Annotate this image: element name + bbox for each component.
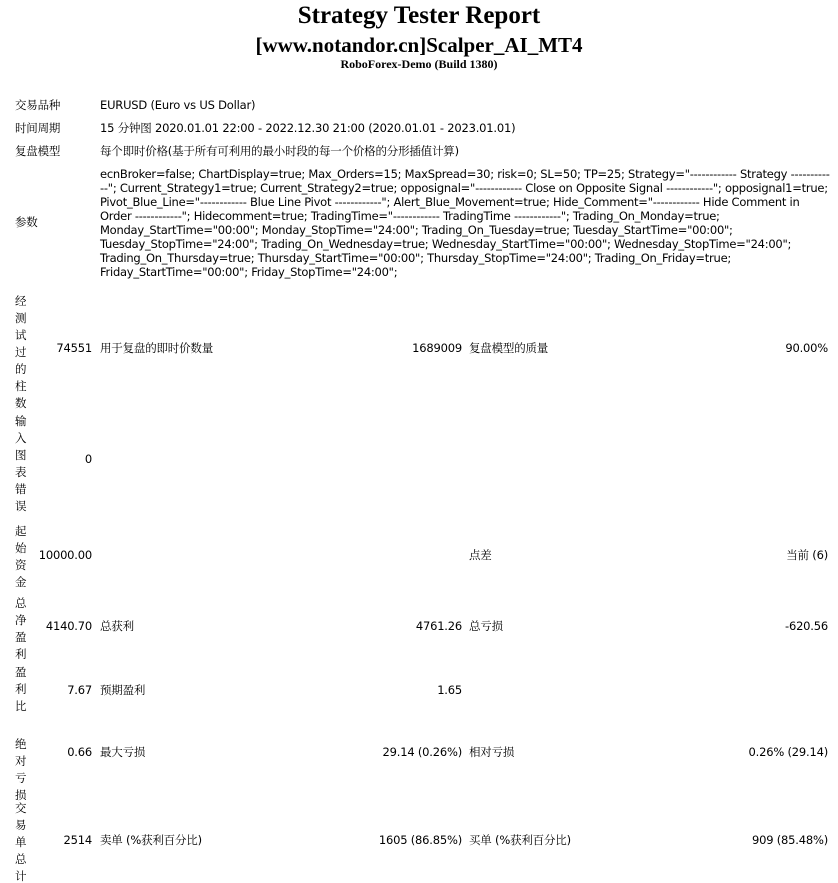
report-title: Strategy Tester Report bbox=[0, 2, 838, 30]
stat-label: 输入图表错误 bbox=[15, 413, 29, 515]
params-label: 参数 bbox=[15, 215, 38, 229]
stat-value: 10000.00 bbox=[39, 548, 92, 562]
stat-label-3: 复盘模型的质量 bbox=[469, 341, 548, 355]
stat-value: 7.67 bbox=[67, 683, 92, 697]
stat-label-2: 最大亏损 bbox=[100, 745, 145, 759]
stat-value: 2514 bbox=[64, 833, 92, 847]
stat-label: 交易单总计 bbox=[15, 800, 29, 883]
stat-label-2: 卖单 (%获利百分比) bbox=[100, 833, 202, 847]
stat-label-3: 买单 (%获利百分比) bbox=[469, 833, 571, 847]
symbol-value: EURUSD (Euro vs US Dollar) bbox=[100, 98, 255, 112]
stat-value: 4140.70 bbox=[46, 619, 92, 633]
stat-label: 起始资金 bbox=[15, 523, 29, 591]
stat-value-2: 1605 (86.85%) bbox=[379, 833, 462, 847]
stat-value: 74551 bbox=[56, 341, 92, 355]
stat-label-3: 相对亏损 bbox=[469, 745, 514, 759]
stat-label-2: 总获利 bbox=[100, 619, 134, 633]
stat-label-2: 预期盈利 bbox=[100, 683, 145, 697]
server-build: RoboForex-Demo (Build 1380) bbox=[0, 57, 838, 71]
stat-value-3: 0.26% (29.14) bbox=[749, 745, 828, 759]
model-value: 每个即时价格(基于所有可利用的最小时段的每一个价格的分形插值计算) bbox=[100, 144, 459, 158]
params-value: ecnBroker=false; ChartDisplay=true; Max_… bbox=[100, 167, 830, 279]
period-label: 时间周期 bbox=[15, 121, 60, 135]
stat-value: 0 bbox=[85, 452, 92, 466]
stat-label-3: 总亏损 bbox=[469, 619, 503, 633]
stat-value-2: 29.14 (0.26%) bbox=[383, 745, 462, 759]
stat-label: 绝对亏损 bbox=[15, 736, 29, 804]
stat-label: 总净盈利 bbox=[15, 595, 29, 663]
symbol-label: 交易品种 bbox=[15, 98, 60, 112]
stat-value-2: 1689009 bbox=[412, 341, 462, 355]
stat-value-2: 1.65 bbox=[437, 683, 462, 697]
expert-name: [www.notandor.cn]Scalper_AI_MT4 bbox=[0, 33, 838, 57]
stat-value-3: 909 (85.48%) bbox=[752, 833, 828, 847]
stat-value-3: 90.00% bbox=[785, 341, 828, 355]
stat-value-2: 4761.26 bbox=[416, 619, 462, 633]
stat-label: 经测试过的柱数 bbox=[15, 293, 29, 412]
stat-label-2: 用于复盘的即时价数量 bbox=[100, 341, 213, 355]
stat-value: 0.66 bbox=[67, 745, 92, 759]
period-value: 15 分钟图 2020.01.01 22:00 - 2022.12.30 21:… bbox=[100, 121, 515, 135]
stat-value-3: -620.56 bbox=[785, 619, 828, 633]
model-label: 复盘模型 bbox=[15, 144, 60, 158]
stat-label-3: 点差 bbox=[469, 548, 492, 562]
stat-label: 盈利比 bbox=[15, 664, 29, 715]
stat-value-3: 当前 (6) bbox=[786, 548, 828, 562]
